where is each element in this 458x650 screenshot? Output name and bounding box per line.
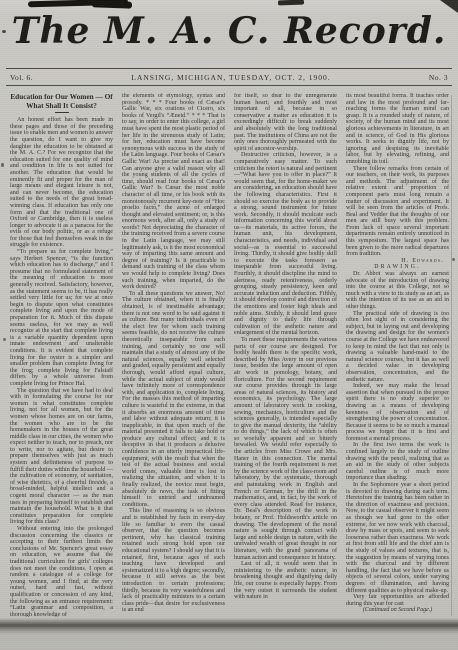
- scan-artifact-top-middle: [278, 0, 304, 5]
- paragraph: Destructive criticism, however, is a com…: [234, 152, 337, 337]
- paragraph: An honest effort has been made in these …: [10, 117, 113, 249]
- paragraph: The practical side of drawing is too oft…: [346, 311, 449, 384]
- paragraph: its most beautiful forms. It teaches ord…: [346, 93, 449, 166]
- paragraph: To meet these requirements the various p…: [234, 337, 337, 561]
- column-1: Education for Our Women — Of What Shall …: [10, 93, 113, 617]
- paragraph: Dr. Abbot was always an earnest advocate…: [346, 271, 449, 311]
- article-heading-line2: What Shall It Consist?: [10, 102, 113, 111]
- scan-speck: [1, 163, 4, 167]
- paragraph: This line of reasoning is so obvious and…: [122, 508, 225, 614]
- paragraph: There follow remarks from certain of our…: [346, 166, 449, 258]
- column-3: for itself, so dear to the unregenerate …: [234, 93, 337, 617]
- paragraph: Last of all, it would seem that in minis…: [234, 561, 337, 601]
- article-heading: Education for Our Women — Of What Shall …: [10, 93, 113, 110]
- next-page-edge: [0, 634, 458, 650]
- paragraph: “To prepare us for complete living,” say…: [10, 249, 113, 387]
- scan-speck: [3, 338, 6, 341]
- paragraph: for itself, so dear to the unregenerate …: [234, 93, 337, 152]
- paragraph: To all these questions we answer, No! Th…: [122, 291, 225, 509]
- author-signature: H. Edwards.: [346, 258, 449, 265]
- masthead-title: The M. A. C. Record.: [0, 10, 458, 52]
- paragraph: The question that we have had to deal wi…: [10, 388, 113, 526]
- volume-number: Vol. 6.: [10, 73, 33, 82]
- dateline-bar: Vol. 6. LANSING, MICHIGAN, TUESDAY, OCT.…: [6, 68, 452, 86]
- continued-notice: (Continued on Second Page.): [346, 607, 449, 614]
- section-subheading: DRAWING.: [346, 264, 449, 271]
- column-4: its most beautiful forms. It teaches ord…: [346, 93, 449, 617]
- paragraph: In the Sophomore year a short period is …: [346, 482, 449, 594]
- scan-artifact-top-left-2: [92, 0, 132, 8]
- newspaper-page: The M. A. C. Record. Vol. 6. LANSING, MI…: [0, 0, 458, 650]
- paragraph: Very fair opportunities are afforded dur…: [346, 594, 449, 607]
- paragraph: Indeed, we may make the broad assertion …: [346, 383, 449, 442]
- heading-rule: [55, 112, 69, 113]
- issue-number: No. 3: [429, 73, 448, 82]
- paragraph: Without entering into the prolonged disc…: [10, 526, 113, 617]
- scan-speck: [452, 258, 455, 261]
- paragraph: In the first two terms the work is confi…: [346, 442, 449, 482]
- page-bottom-shadow: [0, 618, 458, 634]
- paragraph: the elements of etymology, syntax and pr…: [122, 93, 225, 291]
- column-2: the elements of etymology, syntax and pr…: [122, 93, 225, 617]
- page-edge-line: [451, 95, 452, 616]
- dateline: LANSING, MICHIGAN, TUESDAY, OCT. 2, 1900…: [131, 73, 330, 82]
- article-columns: Education for Our Women — Of What Shall …: [10, 93, 449, 617]
